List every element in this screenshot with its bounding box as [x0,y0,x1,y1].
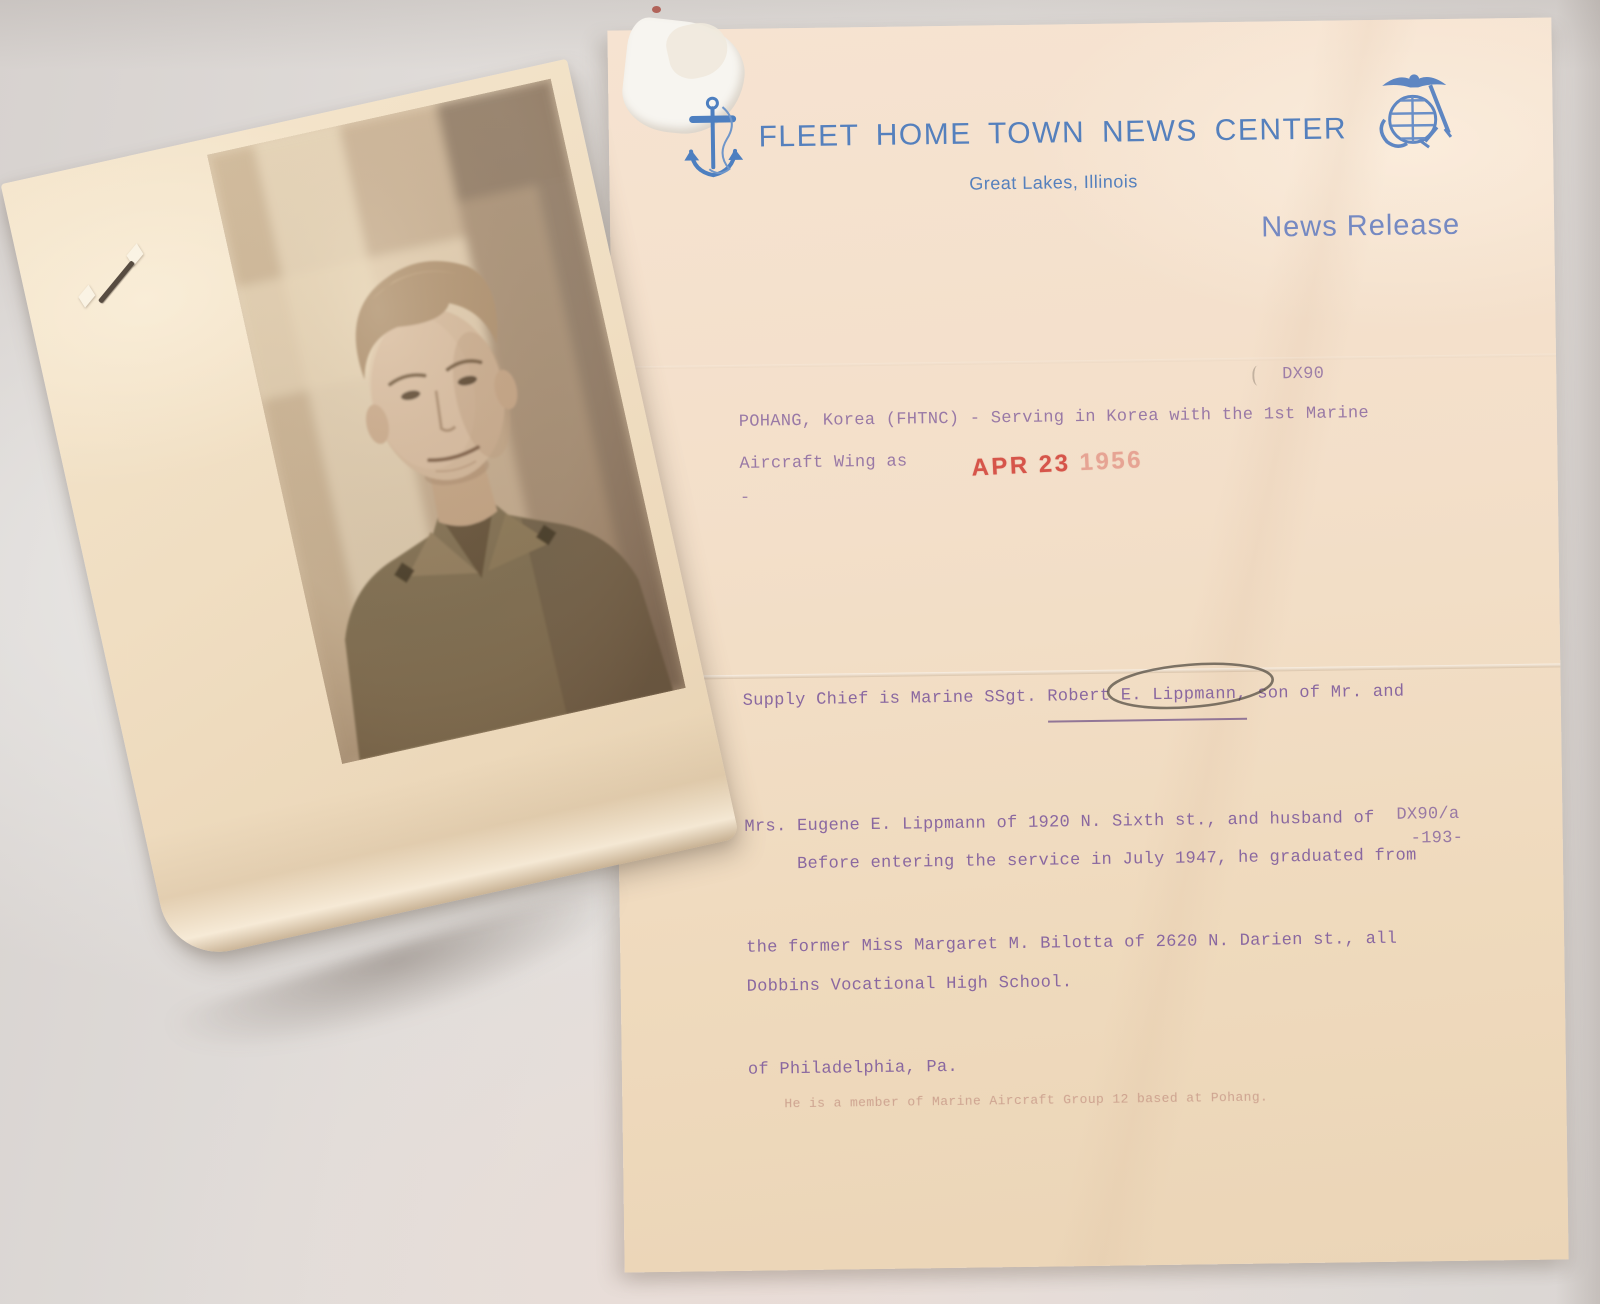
masthead-location: Great Lakes, Illinois [743,168,1363,198]
continuation-dash: - [740,489,751,508]
red-speck [652,6,661,13]
footer-reference-code: DX90/a [1396,805,1459,825]
stamp-month-day: APR 23 [971,450,1071,482]
body-line: Before entering the service in July 1947… [745,836,1417,886]
stapled-photo-assembly [18,26,738,1066]
received-date-stamp: APR 23 1956 [971,446,1144,482]
body-line: Dobbins Vocational High School. [746,958,1418,1008]
masthead-title: FLEET HOME TOWN NEWS CENTER [743,112,1363,155]
pencil-mark [1252,366,1263,386]
photo-backing-paper [1,59,740,964]
staple-pucker [78,285,95,308]
subject-name-text: Robert E. Lippmann, [1047,685,1247,707]
desk-surface: FLEET HOME TOWN NEWS CENTER Great Lakes,… [0,0,1600,1304]
footer-page-number: -193- [1411,829,1464,849]
dateline-line2: Aircraft Wing as [739,453,907,474]
stamp-year: 1956 [1079,446,1144,476]
body-line: Supply Chief is Marine SSgt. Robert E. L… [742,673,1404,727]
body-paragraph-2: Before entering the service in July 1947… [744,755,1420,1088]
body-text: son of Mr. and [1247,683,1405,704]
news-release-label: News Release [1261,209,1460,245]
usmc-eagle-globe-anchor-icon [1370,67,1459,162]
staple [98,260,135,303]
fold-crease [612,353,1556,369]
portrait-illustration [207,79,686,764]
news-release-letter: FLEET HOME TOWN NEWS CENTER Great Lakes,… [607,17,1568,1272]
circled-subject-name: Robert E. Lippmann, [1047,675,1247,722]
reference-code: DX90 [1282,365,1324,385]
body-text: Supply Chief is Marine SSgt. [743,688,1048,711]
serviceman-portrait-photo [207,79,686,764]
dateline-line1: POHANG, Korea (FHTNC) - Serving in Korea… [739,404,1369,432]
